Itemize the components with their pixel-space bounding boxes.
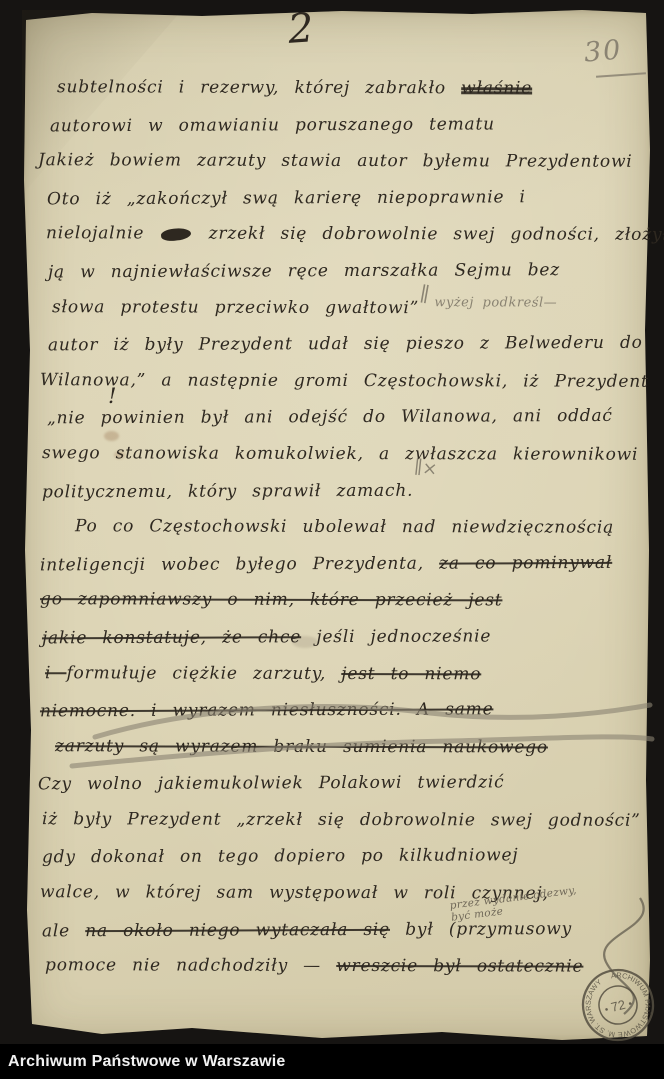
handwritten-text: Po co Częstochowski ubolewał nad niewdzi… [75,516,614,537]
manuscript-line-9: Wilanowa,” a następnie gromi Częstochows… [40,370,664,408]
handwritten-text: iż były Prezydent „zrzekł się dobrowolni… [42,809,641,831]
struck-text: zarzuty są wyrazem braku sumienia naukow… [55,736,548,757]
handwritten-text: politycznemu, który sprawił zamach. [42,480,413,502]
handwritten-text: swego stanowiska komukolwiek, a zwłaszcz… [42,443,638,465]
manuscript-line-15: go zapomniawszy o nim, które przecież je… [40,589,664,627]
manuscript-line-11: swego stanowiska komukolwiek, a zwłaszcz… [42,443,664,481]
manuscript-line-16: jakie konstatuje, że chce jeśli jednocze… [42,626,664,665]
archive-watermark-text: Archiwum Państwowe w Warszawie [8,1053,285,1071]
handwritten-text: był (przymusowy [390,919,572,940]
handwritten-text: „nie powinien był ani odejść do Wilanowa… [47,406,613,428]
manuscript-line-25: pomoce nie nadchodziły — wreszcie był os… [45,955,664,993]
manuscript-line-22: gdy dokonał on tego dopiero po kilkudnio… [42,845,664,884]
struck-text: wreszcie był ostatecznie [336,956,583,977]
manuscript-lines: subtelności i rezerwy, której zabrakło w… [0,78,664,993]
handwritten-text: autor iż były Prezydent udał się pieszo … [48,333,643,356]
handwritten-text: Wilanowa,” a następnie gromi Częstochows… [40,370,649,392]
manuscript-line-2: autorowi w omawianiu poruszanego tematu [50,113,664,152]
pencil-caret-mark: ∥× [413,457,438,480]
archive-watermark-bar: Archiwum Państwowe w Warszawie [0,1044,664,1079]
manuscript-line-14: inteligencji wobec byłego Prezydenta, za… [40,552,664,591]
struck-text: za co pominywał [439,553,612,574]
handwritten-text: autorowi w omawianiu poruszanego tematu [50,114,495,136]
handwritten-text: Jakież bowiem zarzuty stawia autor byłem… [38,150,633,172]
manuscript-line-1: subtelności i rezerwy, której zabrakło w… [57,77,664,115]
handwritten-text: zrzekł się dobrowolnie swej godności, zł… [193,224,664,245]
manuscript-line-13: Po co Częstochowski ubolewał nad niewdzi… [75,516,664,554]
ink-blot [161,227,192,242]
struck-text: jest to niemo [341,663,481,683]
handwritten-text: pomoce nie nadchodziły — [45,955,336,976]
manuscript-line-20: Czy wolno jakiemukolwiek Polakowi twierd… [38,772,664,811]
manuscript-line-12: politycznemu, który sprawił zamach. [42,479,664,518]
struck-text: jakie konstatuje, że chce [42,627,301,648]
handwritten-text: inteligencji wobec byłego Prezydenta, [40,553,439,575]
handwritten-text: wyżej podkreśl— [434,295,557,310]
ink-insertion-mark: ! [108,384,116,408]
manuscript-line-21: iż były Prezydent „zrzekł się dobrowolni… [42,809,664,847]
handwritten-text: słowa protestu przeciwko gwałtowi” [52,297,434,318]
handwritten-text: nielojalnie [46,224,159,244]
handwritten-text: Oto iż „zakończył swą karierę niepoprawn… [47,187,526,209]
page-number: 2 [286,5,315,53]
handwritten-text: formułuje ciężkie zarzuty, [66,663,341,684]
struck-text: niemocne. i wyrazem niesłuszności. A sam… [40,699,494,721]
manuscript-line-19: zarzuty są wyrazem braku sumienia naukow… [55,736,664,774]
handwritten-text: ale [42,921,85,941]
handwritten-text: subtelności i rezerwy, której zabrakło [57,77,461,98]
struck-text: i [45,663,67,683]
manuscript-line-17: i formułuje ciężkie zarzuty, jest to nie… [45,663,664,701]
manuscript-line-24: ale na około niego wytaczała się był (pr… [42,918,664,957]
struck-text: właśnie [461,78,532,98]
handwritten-text: ją w najniewłaściwsze ręce marszałka Sej… [48,260,560,282]
manuscript-line-7: słowa protestu przeciwko gwałtowi” wyżej… [52,297,664,335]
manuscript-line-6: ją w najniewłaściwsze ręce marszałka Sej… [48,260,664,299]
scanned-manuscript-page: 2 30 subtelności i rezerwy, której zabra… [0,0,664,1079]
corner-pencil-number: 30 [583,34,624,68]
struck-text: na około niego wytaczała się [85,919,390,940]
handwritten-text: jeśli jednocześnie [301,626,491,647]
struck-text: go zapomniawszy o nim, które przecież je… [40,589,502,610]
manuscript-line-10: „nie powinien był ani odejść do Wilanowa… [47,406,664,445]
stamp-number: 72 [609,997,627,1015]
handwritten-text: gdy dokonał on tego dopiero po kilkudnio… [42,846,519,868]
manuscript-line-4: Oto iż „zakończył swą karierę niepoprawn… [47,186,664,225]
manuscript-line-8: autor iż były Prezydent udał się pieszo … [48,333,664,372]
manuscript-line-18: niemocne. i wyrazem niesłuszności. A sam… [40,699,664,738]
handwritten-text: Czy wolno jakiemukolwiek Polakowi twierd… [38,773,505,795]
manuscript-line-5: nielojalnie zrzekł się dobrowolnie swej … [46,224,664,262]
manuscript-line-3: Jakież bowiem zarzuty stawia autor byłem… [38,150,664,188]
